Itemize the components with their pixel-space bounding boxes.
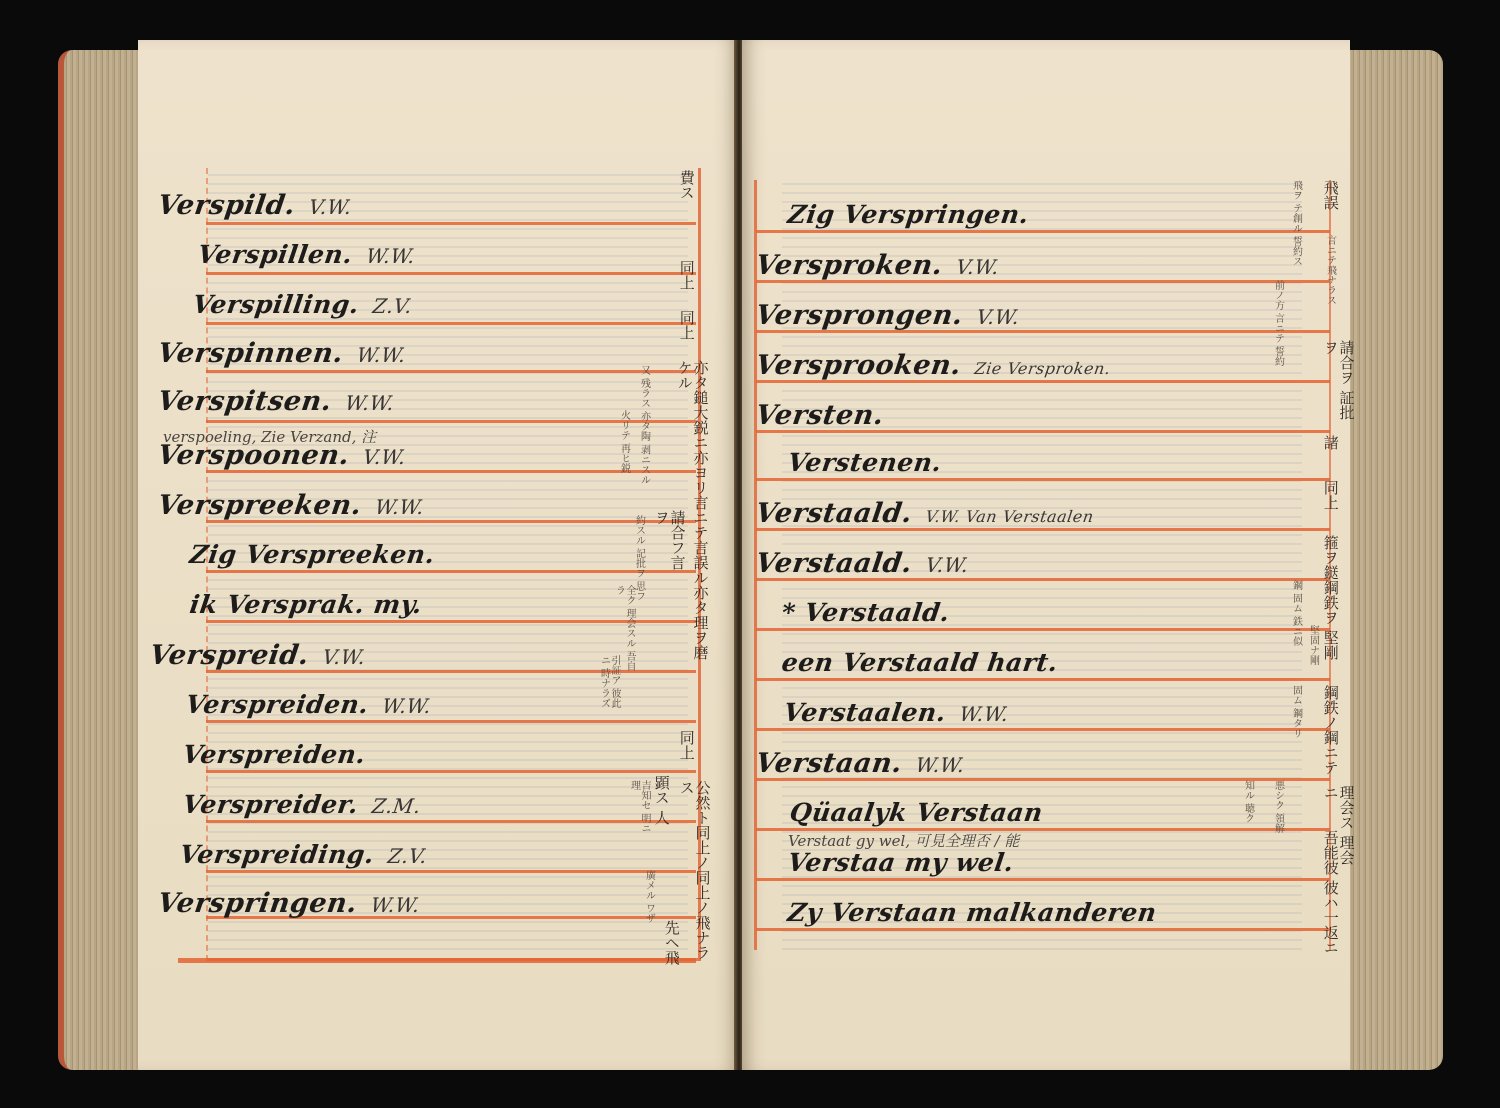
dictionary-entry: een Verstaald hart. xyxy=(780,648,1060,677)
japanese-gloss-column: 飛ヲ テ創ル 誓約ス xyxy=(1290,180,1301,330)
japanese-gloss-column: 同上 xyxy=(678,730,694,760)
dictionary-entry: Verspild.V.W. xyxy=(156,190,354,221)
dictionary-entry: ik Versprak. my. xyxy=(188,590,424,619)
japanese-gloss-column: 又 残ラス 亦タ陶 剥ニスル xyxy=(638,365,649,495)
dictionary-entry: Verstaalen.W.W. xyxy=(782,698,1011,727)
dictionary-entry: Verspilling.Z.V. xyxy=(191,290,414,319)
dictionary-entry: Verspreiding.Z.V. xyxy=(178,840,429,869)
ruled-line xyxy=(206,870,696,873)
japanese-gloss-column: 同上 xyxy=(1322,480,1338,510)
japanese-gloss-column: 知ル 聴ク xyxy=(1242,780,1253,840)
dictionary-entry: Verspitsen.W.W. xyxy=(156,386,397,417)
dictionary-entry: Versten. xyxy=(754,400,886,431)
ruled-line xyxy=(756,928,1330,931)
japanese-gloss-column: 諸 xyxy=(1322,435,1338,450)
japanese-gloss-column: 箍ヲ鎹 xyxy=(1322,535,1338,580)
left-page: Verspild.V.W. Verspillen.W.W. Verspillin… xyxy=(138,40,738,1070)
japanese-gloss-column: 先ヘ飛 xyxy=(663,920,679,970)
ruled-line xyxy=(206,272,696,275)
ruled-line xyxy=(206,322,696,325)
dictionary-entry: Verstaa my wel. xyxy=(786,848,1016,877)
dictionary-entry: Versprongen.V.W. xyxy=(754,300,1022,331)
japanese-gloss-column: 廣メル ワザ xyxy=(643,870,654,930)
ruled-line xyxy=(206,222,696,225)
dictionary-entry: Verspreiden. xyxy=(181,740,368,769)
dictionary-entry: Verspreid.V.W. xyxy=(148,640,368,671)
dictionary-entry: Zig Verspringen. xyxy=(786,200,1031,229)
ruled-line xyxy=(206,720,696,723)
japanese-gloss-column: 鋼 固ム 鉄ニ似 xyxy=(1290,580,1301,680)
ruled-line xyxy=(756,230,1330,233)
ruled-line xyxy=(206,370,696,373)
dictionary-entry: Verstaald.V.W. xyxy=(754,548,971,579)
japanese-gloss-column: 前ノ方 言ニテ 誓約 xyxy=(1272,280,1283,430)
open-book: Verspild.V.W. Verspillen.W.W. Verspillin… xyxy=(58,40,1443,1070)
dictionary-entry: Versprooken.Zie Versproken. xyxy=(754,350,1113,381)
japanese-gloss-column: 堅固ナ剛 xyxy=(1307,625,1318,685)
ruled-line xyxy=(756,478,1330,481)
japanese-gloss-column: 吉知セ 明ニ理 xyxy=(628,780,649,840)
dictionary-entry: Verspoonen.V.W. xyxy=(156,440,408,471)
ruled-line xyxy=(756,678,1330,681)
japanese-gloss-column: 固ム 鋼タリ xyxy=(1290,685,1301,765)
dictionary-entry: Verspillen.W.W. xyxy=(196,240,417,269)
dictionary-entry: Verspreiden.W.W. xyxy=(184,690,433,719)
japanese-gloss-column: 顕ス 人 xyxy=(653,775,669,845)
japanese-gloss-column: 請合ヲ 証批ヲ xyxy=(1322,340,1354,420)
left-page-edges xyxy=(58,50,150,1070)
ruled-line xyxy=(206,770,696,773)
japanese-gloss-column: 吾能彼 彼ハ一返ニ xyxy=(1322,830,1338,960)
japanese-gloss-column: 請合フ言ヲ xyxy=(653,510,685,580)
dictionary-entry: Zy Verstaan malkanderen xyxy=(786,898,1159,927)
dictionary-entry: Verstaan.W.W. xyxy=(754,748,967,779)
japanese-gloss-column: 同上 xyxy=(678,260,694,290)
dictionary-entry: Verspreider.Z.M. xyxy=(181,790,423,819)
japanese-gloss-column: 悪シク 領解 xyxy=(1272,780,1283,880)
dictionary-entry: Verspreeken.W.W. xyxy=(156,490,427,521)
japanese-gloss-column: 引証ア 彼此ニ 時ナラズ xyxy=(598,655,619,715)
dictionary-entry: Verstaald.V.W. Van Verstaalen xyxy=(754,498,1096,529)
dictionary-entry: * Verstaald. xyxy=(780,598,952,627)
japanese-gloss-column: 火リテ 再ヒ鋭 xyxy=(618,410,629,510)
ruled-line xyxy=(756,628,1330,631)
japanese-gloss-column: 同上 xyxy=(678,310,694,340)
dictionary-entry: Verstenen. xyxy=(786,448,944,477)
japanese-gloss-column: 鋼鉄ノ鋼ニテ xyxy=(1322,685,1338,785)
ruled-line xyxy=(756,728,1330,731)
dictionary-entry: Versproken.V.W. xyxy=(754,250,1002,281)
right-page: Zig Verspringen. Versproken.V.W. Verspro… xyxy=(742,40,1350,1070)
japanese-gloss-column: 公然ト同上ノ同上ノ飛ナラス xyxy=(678,780,710,960)
japanese-gloss-column: 鋼鉄ヲ 堅剛 xyxy=(1322,580,1338,680)
dictionary-entry: Verspinnen.W.W. xyxy=(156,338,408,369)
dictionary-entry: Zig Verspreeken. xyxy=(188,540,437,569)
dictionary-entry: Qüaalyk Verstaan xyxy=(788,798,1045,827)
dictionary-entry: Verspringen.W.W. xyxy=(156,888,422,919)
right-page-edges xyxy=(1345,50,1443,1070)
japanese-gloss-column: 言ニテ飛ナラス xyxy=(1324,235,1335,315)
ruled-line xyxy=(206,820,696,823)
bottom-frame-line xyxy=(178,958,696,963)
ruled-line xyxy=(206,570,696,573)
ruled-line xyxy=(756,878,1330,881)
